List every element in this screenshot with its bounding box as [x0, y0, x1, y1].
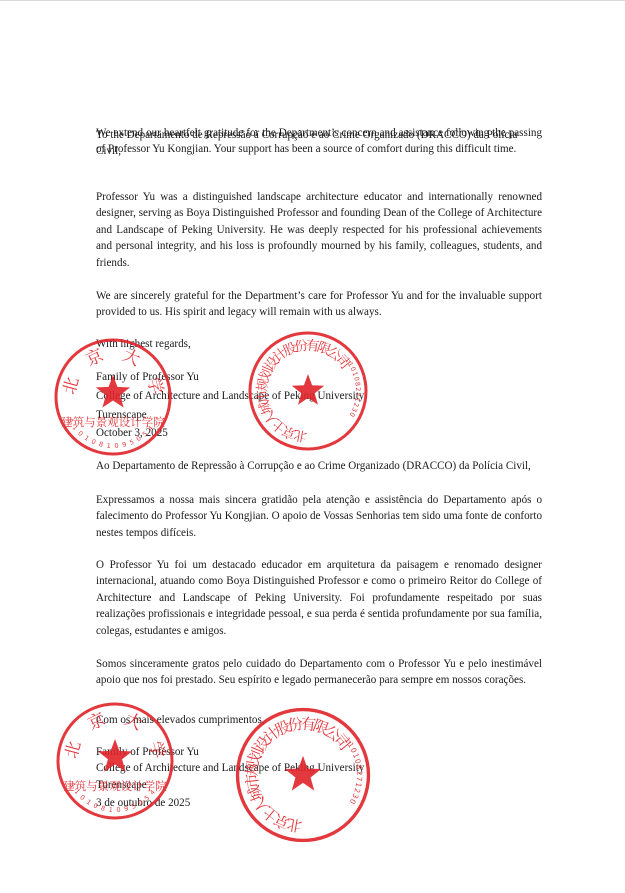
svg-text:1: 1: [85, 798, 93, 807]
svg-text:北: 北: [62, 739, 86, 761]
svg-text:1: 1: [73, 788, 82, 796]
page-top-border: [0, 0, 625, 1]
svg-text:2: 2: [352, 787, 362, 794]
english-closing: With highest regards,: [96, 336, 191, 352]
english-paragraph-3: We are sincerely grateful for the Depart…: [96, 288, 542, 321]
portuguese-signature-college: College of Architecture and Landscape of…: [96, 760, 364, 776]
svg-text:1: 1: [346, 741, 356, 750]
portuguese-closing: Com os mais elevados cumprimentos,: [96, 712, 265, 728]
svg-text:1: 1: [354, 782, 364, 788]
svg-text:8: 8: [98, 440, 104, 449]
svg-text:份: 份: [286, 715, 304, 735]
svg-text:土: 土: [259, 802, 282, 826]
svg-text:北: 北: [285, 815, 303, 835]
portuguese-paragraph-3: Somos sinceramente gratos pelo cuidado d…: [96, 656, 542, 689]
svg-text:人: 人: [250, 793, 274, 816]
svg-text:1: 1: [351, 752, 361, 759]
svg-text:计: 计: [269, 344, 290, 366]
svg-text:1: 1: [351, 371, 360, 378]
portuguese-salutation: Ao Departamento de Repressão à Corrupção…: [96, 458, 542, 474]
svg-text:7: 7: [355, 776, 364, 782]
svg-text:3: 3: [350, 406, 359, 413]
portuguese-signature-family: Family of Professor Yu: [96, 744, 199, 760]
svg-text:0: 0: [114, 442, 119, 450]
svg-text:0: 0: [78, 793, 86, 802]
svg-text:北: 北: [292, 426, 309, 444]
svg-text:1: 1: [68, 782, 77, 790]
svg-text:份: 份: [293, 337, 309, 355]
svg-text:3: 3: [350, 792, 360, 800]
svg-text:1: 1: [106, 442, 111, 450]
svg-text:1: 1: [83, 434, 91, 443]
svg-text:限: 限: [311, 716, 332, 738]
svg-text:有: 有: [305, 338, 320, 355]
svg-text:公: 公: [321, 722, 344, 746]
svg-text:9: 9: [121, 440, 127, 449]
svg-text:有: 有: [300, 715, 317, 734]
portuguese-date: 3 de outubro de 2025: [96, 795, 190, 811]
svg-text:司: 司: [332, 352, 353, 373]
svg-text:1: 1: [343, 356, 352, 364]
english-date: October 3, 2025: [96, 425, 168, 441]
svg-text:1: 1: [346, 361, 355, 369]
svg-text:股: 股: [272, 717, 293, 740]
svg-text:1: 1: [71, 424, 80, 432]
english-paragraph-1: We extend our heartfelt gratitude for th…: [96, 125, 542, 158]
english-paragraph-2: Professor Yu was a distinguished landsca…: [96, 189, 542, 271]
svg-text:公: 公: [324, 344, 345, 365]
svg-text:人: 人: [261, 407, 282, 428]
svg-text:北: 北: [60, 375, 84, 397]
svg-text:司: 司: [330, 731, 354, 754]
english-signature-turenscape: Turenscape: [96, 407, 147, 423]
svg-text:股: 股: [281, 339, 300, 359]
svg-text:1: 1: [66, 418, 75, 426]
svg-text:1: 1: [342, 736, 352, 745]
svg-text:城: 城: [245, 783, 267, 804]
svg-text:设: 设: [251, 733, 275, 756]
svg-text:划: 划: [256, 364, 277, 383]
portuguese-paragraph-2: O Professor Yu foi um destacado educador…: [96, 557, 542, 639]
svg-text:0: 0: [349, 746, 359, 754]
svg-text:0: 0: [76, 429, 84, 438]
svg-text:0: 0: [348, 797, 358, 806]
english-signature-college: College of Architecture and Landscape of…: [96, 388, 364, 404]
portuguese-signature-turenscape: Turenscape: [96, 777, 147, 793]
portuguese-paragraph-1: Expressamos a nossa mais sincera gratidã…: [96, 492, 542, 541]
svg-text:0: 0: [352, 376, 361, 382]
english-signature-family: Family of Professor Yu: [96, 369, 199, 385]
svg-text:京: 京: [279, 422, 298, 442]
svg-text:土: 土: [269, 415, 290, 437]
svg-text:8: 8: [353, 381, 361, 386]
svg-text:0: 0: [348, 411, 357, 418]
svg-text:0: 0: [348, 365, 357, 372]
svg-text:设: 设: [262, 353, 283, 374]
svg-text:限: 限: [315, 339, 334, 359]
svg-text:京: 京: [271, 810, 292, 833]
